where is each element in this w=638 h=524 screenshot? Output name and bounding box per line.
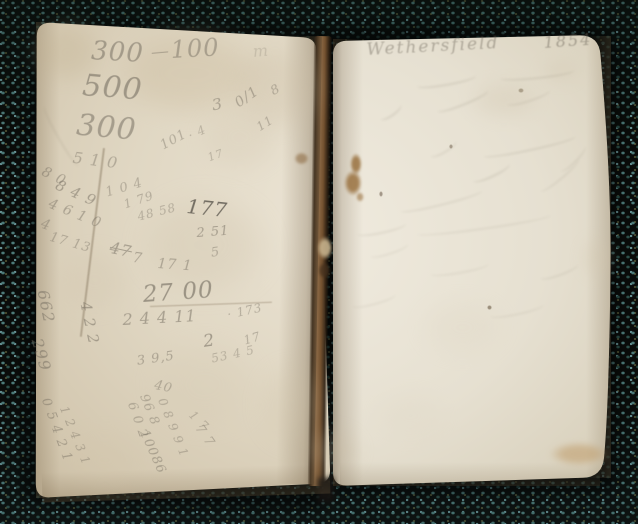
- pencil-inscription: 177: [185, 194, 228, 222]
- paper-stain: [195, 100, 285, 175]
- pencil-inscription: 300: [75, 108, 138, 148]
- pencil-inscription: 2 4 4 11: [122, 306, 197, 329]
- spine-bottom-gap: [318, 478, 334, 502]
- pencil-inscription: 17 1: [157, 256, 193, 274]
- pencil-inscription: —: [150, 40, 171, 63]
- paper-stain: [294, 152, 309, 165]
- paper-stain: [368, 388, 453, 443]
- paper-stain: [298, 428, 363, 473]
- paper-stain: [317, 236, 333, 260]
- paper-stain: [356, 192, 364, 202]
- pencil-inscription: 100: [170, 33, 220, 64]
- notebook-photograph: 300—100m5003005 1 0101· 430/1811178 08 4…: [0, 0, 638, 524]
- paper-stain: [549, 442, 609, 466]
- paper-stain: [580, 235, 612, 280]
- pencil-inscription: 500: [81, 68, 144, 108]
- pencil-inscription: 300: [90, 36, 144, 69]
- pencil-inscription: 27 00: [142, 277, 215, 308]
- pencil-inscription: 2: [202, 330, 216, 351]
- pencil-inscription: 1854: [543, 30, 593, 52]
- paper-stain: [415, 295, 510, 360]
- paper-stain: [318, 262, 331, 279]
- paper-stain: [379, 191, 383, 197]
- pencil-inscription: 5: [210, 245, 221, 261]
- pencil-inscription: 2 51: [196, 224, 230, 241]
- paper-stain: [487, 305, 492, 310]
- pencil-inscription: m: [252, 41, 270, 61]
